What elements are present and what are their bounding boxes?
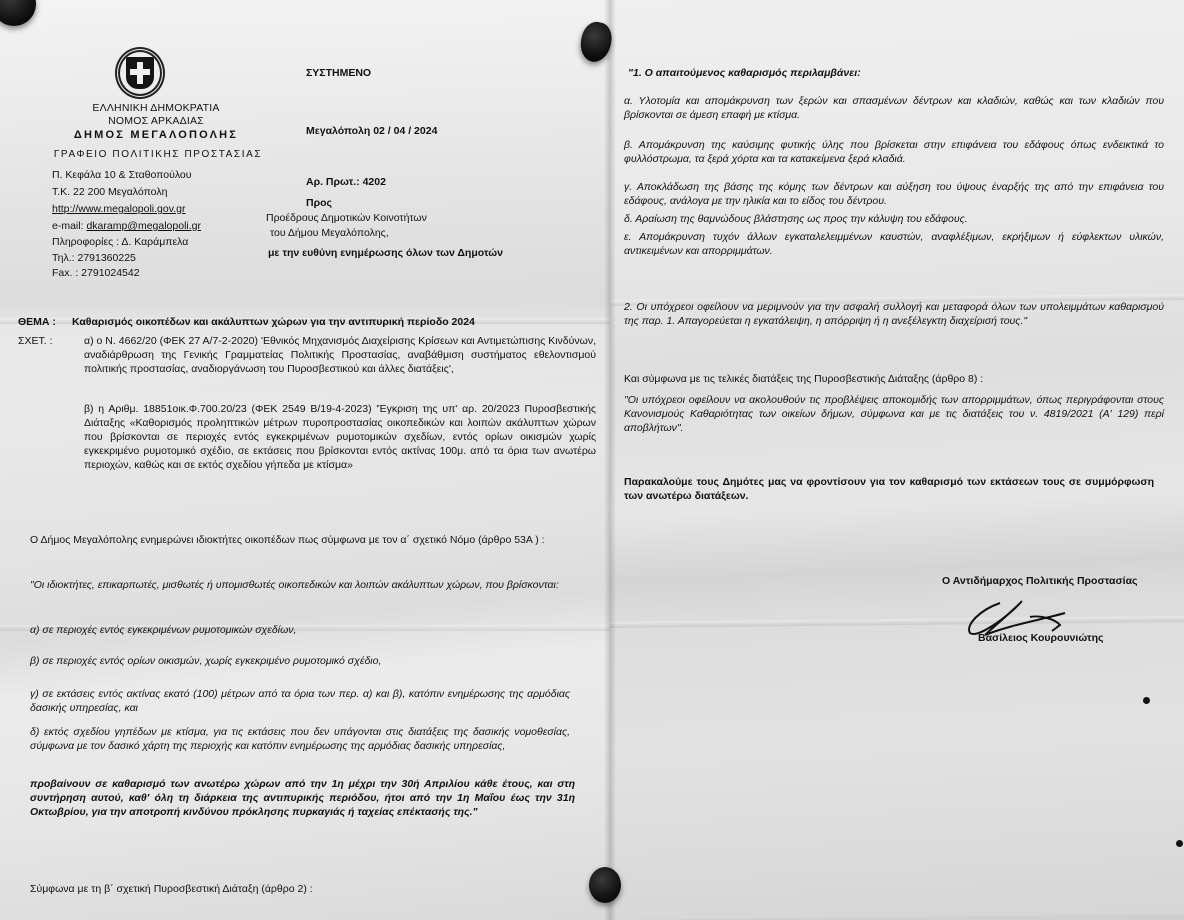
- law-item-b: β) σε περιοχές εντός ορίων οικισμών, χωρ…: [30, 654, 381, 668]
- greek-coat-of-arms-icon: [115, 47, 165, 99]
- closing-request: Παρακαλούμε τους Δημότες μας να φροντίσο…: [624, 475, 1154, 503]
- signatory-name: Βασίλειος Κουρουνιώτης: [978, 631, 1103, 645]
- fax: Fax. : 2791024542: [52, 266, 140, 280]
- subject-label: ΘΕΜΑ :: [18, 315, 56, 329]
- address: Π. Κεφάλα 10 & Σταθοπούλου: [52, 168, 192, 182]
- recipient-line-1: Προέδρους Δημοτικών Κοινοτήτων: [266, 211, 427, 225]
- pin-hole: [1143, 697, 1150, 704]
- country-name: ΕΛΛΗΝΙΚΗ ΔΗΜΟΚΡΑΤΙΑ: [66, 102, 246, 115]
- prefecture-name: ΝΟΜΟΣ ΑΡΚΑΔΙΑΣ: [66, 115, 246, 128]
- registered-mark: ΣΥΣΤΗΜΕΝΟ: [306, 66, 371, 80]
- law-item-c: γ) σε εκτάσεις εντός ακτίνας εκατό (100)…: [30, 687, 570, 715]
- recipient-line-3: με την ευθύνη ενημέρωσης όλων των Δημοτώ…: [268, 246, 503, 260]
- office-name: ΓΡΑΦΕΙΟ ΠΟΛΙΤΙΚΗΣ ΠΡΟΣΤΑΣΙΑΣ: [28, 148, 288, 161]
- subject-text: Καθαρισμός οικοπέδων και ακάλυπτων χώρων…: [72, 315, 475, 329]
- pushpin-icon: [589, 867, 621, 903]
- page-gap-shadow: [604, 0, 616, 920]
- protocol-number: Αρ. Πρωτ.: 4202: [306, 175, 386, 189]
- clause-1-c: γ. Αποκλάδωση της βάσης της κόμης των δέ…: [624, 180, 1164, 208]
- email-link[interactable]: dkaramp@megalopoli.gr: [86, 220, 201, 232]
- email-label: e-mail:: [52, 220, 86, 232]
- clause-2: 2. Οι υπόχρεοι οφείλουν να μεριμνούν για…: [624, 300, 1164, 328]
- law-obligation: προβαίνουν σε καθαρισμό των ανωτέρω χώρω…: [30, 777, 575, 819]
- law-quote-start: "Οι ιδιοκτήτες, επικαρπωτές, μισθωτές ή …: [30, 578, 560, 592]
- final-reference-quote: "Οι υπόχρεοι οφείλουν να ακολουθούν τις …: [624, 393, 1164, 435]
- signatory-title: Ο Αντιδήμαρχος Πολιτικής Προστασίας: [942, 574, 1138, 588]
- second-reference-intro: Σύμφωνα με τη β΄ σχετική Πυροσβεστική Δι…: [30, 882, 313, 896]
- pin-hole: [1176, 840, 1183, 847]
- reference-a: α) ο Ν. 4662/20 (ΦΕΚ 27 Α/7-2-2020) 'Εθν…: [84, 334, 596, 376]
- document-date: Μεγαλόπολη 02 / 04 / 2024: [306, 124, 437, 138]
- recipient-line-2: του Δήμου Μεγαλόπολης,: [270, 226, 389, 240]
- clause-1-b: β. Απομάκρυνση της καύσιμης φυτικής ύλης…: [624, 138, 1164, 166]
- law-item-a: α) σε περιοχές εντός εγκεκριμένων ρυμοτο…: [30, 623, 296, 637]
- reference-b: β) η Αριθμ. 18851οικ.Φ.700.20/23 (ΦΕΚ 25…: [84, 402, 596, 472]
- municipality-name: ΔΗΜΟΣ ΜΕΓΑΛΟΠΟΛΗΣ: [56, 129, 256, 142]
- phone: Τηλ.: 2791360225: [52, 251, 136, 265]
- website-link[interactable]: http://www.megalopoli.gov.gr: [52, 202, 185, 216]
- clause-1-a: α. Υλοτομία και απομάκρυνση των ξερών κα…: [624, 94, 1164, 122]
- reference-label: ΣΧΕΤ. :: [18, 334, 53, 348]
- info-contact: Πληροφορίες : Δ. Καράμπελα: [52, 235, 188, 249]
- final-reference-intro: Και σύμφωνα με τις τελικές διατάξεις της…: [624, 372, 983, 386]
- clause-1-d: δ. Αραίωση της θαμνώδους βλάστησης ως πρ…: [624, 212, 968, 226]
- email-row: e-mail: dkaramp@megalopoli.gr: [52, 219, 201, 233]
- to-label: Προς: [306, 196, 332, 210]
- clause-1-title: "1. Ο απαιτούμενος καθαρισμός περιλαμβάν…: [628, 66, 861, 80]
- paper-crease: [610, 616, 1184, 628]
- law-item-d: δ) εκτός σχεδίου γηπέδων με κτίσμα, για …: [30, 725, 570, 753]
- postal-code: Τ.Κ. 22 200 Μεγαλόπολη: [52, 185, 167, 199]
- clause-1-e: ε. Απομάκρυνση τυχόν άλλων εγκαταλελειμμ…: [624, 230, 1164, 258]
- intro-paragraph: Ο Δήμος Μεγαλόπολης ενημερώνει ιδιοκτήτε…: [30, 533, 560, 547]
